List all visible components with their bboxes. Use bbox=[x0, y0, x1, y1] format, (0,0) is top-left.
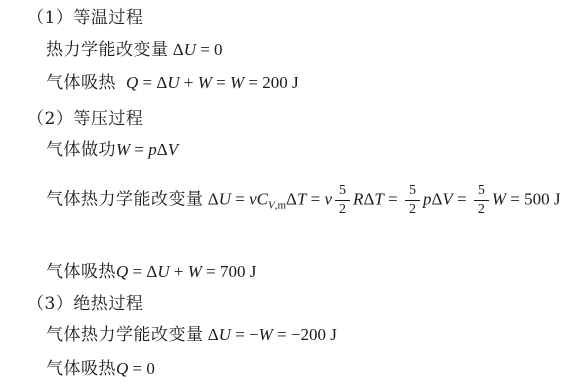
math-token: = Δ bbox=[128, 262, 157, 281]
chinese-text: 气体热力学能改变量 bbox=[46, 189, 204, 209]
line-internal-energy-adiabatic: 气体热力学能改变量 ΔU = −W = −200 J bbox=[46, 324, 337, 346]
math-token: W bbox=[492, 189, 506, 208]
chinese-text: （3） bbox=[27, 294, 73, 314]
math-token: C bbox=[257, 189, 268, 208]
math-token: Δ bbox=[157, 140, 168, 159]
math-token: W bbox=[188, 262, 202, 281]
fraction: 52 bbox=[335, 183, 350, 218]
math-token: = 200 J bbox=[244, 73, 298, 92]
fraction-denominator: 2 bbox=[474, 201, 489, 218]
math-token: = −200 J bbox=[273, 325, 337, 344]
math-token: ,m bbox=[275, 199, 286, 211]
math-token: U bbox=[219, 325, 231, 344]
line-heat-isothermal: 气体吸热Q = ΔU + W = W = 200 J bbox=[46, 72, 299, 94]
chinese-text: 绝热过程 bbox=[73, 294, 143, 314]
line-heat-isobaric: 气体吸热Q = ΔU + W = 700 J bbox=[46, 261, 256, 283]
line-work-isobaric: 气体做功W = pΔV bbox=[46, 139, 178, 161]
document-page: （1）等温过程热力学能改变量 ΔU = 0气体吸热Q = ΔU + W = W … bbox=[0, 0, 568, 391]
math-token: U bbox=[184, 40, 196, 59]
chinese-text: 气体吸热 bbox=[46, 262, 116, 282]
math-token: = 700 J bbox=[202, 262, 256, 281]
chinese-text: （2） bbox=[27, 109, 73, 129]
line-internal-energy-isobaric: 气体热力学能改变量 ΔU = νCV,mΔT = ν52RΔT = 52pΔV … bbox=[46, 183, 560, 218]
chinese-text: （1） bbox=[27, 8, 73, 28]
math-token: = bbox=[453, 189, 471, 208]
math-token: = bbox=[306, 189, 324, 208]
math-token: = − bbox=[231, 325, 259, 344]
math-token: = bbox=[384, 189, 402, 208]
math-token: = 0 bbox=[128, 359, 155, 378]
section-1-heading: （1）等温过程 bbox=[27, 7, 143, 29]
fraction-denominator: 2 bbox=[405, 201, 420, 218]
math-token: R bbox=[353, 189, 363, 208]
math-token: V bbox=[168, 140, 178, 159]
line-internal-energy-isothermal: 热力学能改变量 ΔU = 0 bbox=[46, 39, 223, 61]
fraction: 52 bbox=[474, 183, 489, 218]
math-token: Δ bbox=[431, 189, 442, 208]
math-token: U bbox=[219, 189, 231, 208]
math-token: Δ bbox=[363, 189, 374, 208]
chinese-text: 气体吸热 bbox=[46, 73, 116, 93]
math-token: V bbox=[268, 199, 275, 211]
chinese-text: 热力学能改变量 bbox=[46, 40, 169, 60]
section-3-heading: （3）绝热过程 bbox=[27, 293, 143, 315]
math-token: Q bbox=[116, 262, 128, 281]
section-2-heading: （2）等压过程 bbox=[27, 108, 143, 130]
math-token: U bbox=[157, 262, 169, 281]
math-token: W bbox=[198, 73, 212, 92]
fraction-denominator: 2 bbox=[335, 201, 350, 218]
chinese-text: 等温过程 bbox=[73, 8, 143, 28]
math-token: Δ bbox=[169, 40, 184, 59]
math-token: ν bbox=[325, 189, 333, 208]
fraction-numerator: 5 bbox=[474, 183, 489, 201]
math-token: W bbox=[230, 73, 244, 92]
chinese-text: 气体热力学能改变量 bbox=[46, 325, 204, 345]
math-token: Δ bbox=[286, 189, 297, 208]
chinese-text: 气体做功 bbox=[46, 140, 116, 160]
math-token: T bbox=[374, 189, 383, 208]
math-token: U bbox=[167, 73, 179, 92]
fraction-numerator: 5 bbox=[405, 183, 420, 201]
math-token: + bbox=[180, 73, 198, 92]
math-token: = bbox=[130, 140, 148, 159]
math-token: = bbox=[212, 73, 230, 92]
line-heat-adiabatic: 气体吸热Q = 0 bbox=[46, 358, 155, 380]
math-token: Q bbox=[116, 359, 128, 378]
math-token: W bbox=[259, 325, 273, 344]
math-token: = Δ bbox=[138, 73, 167, 92]
math-token: ν bbox=[249, 189, 257, 208]
math-token: T bbox=[297, 189, 306, 208]
math-token: + bbox=[170, 262, 188, 281]
math-token: V bbox=[442, 189, 452, 208]
math-token: = 0 bbox=[196, 40, 223, 59]
fraction-numerator: 5 bbox=[335, 183, 350, 201]
math-token: p bbox=[148, 140, 157, 159]
math-token: W bbox=[116, 140, 130, 159]
fraction: 52 bbox=[405, 183, 420, 218]
math-token: Q bbox=[126, 73, 138, 92]
math-token: Δ bbox=[204, 189, 219, 208]
chinese-text: 气体吸热 bbox=[46, 359, 116, 379]
math-token: = 500 J bbox=[506, 189, 560, 208]
math-token: = bbox=[231, 189, 249, 208]
chinese-text: 等压过程 bbox=[73, 109, 143, 129]
math-token: Δ bbox=[204, 325, 219, 344]
